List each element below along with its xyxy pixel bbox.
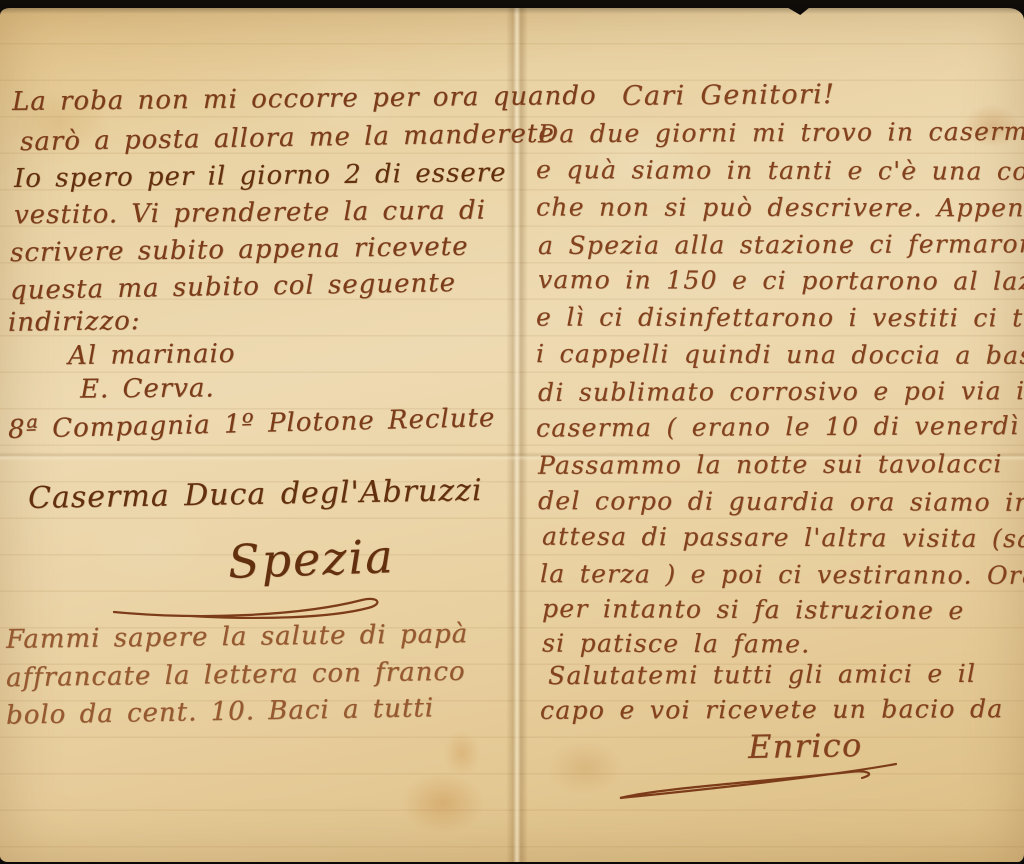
letter-line: e quà siamo in tanti e c'è una confus: [536, 155, 1024, 186]
letter-line: e lì ci disinfettarono i vestiti ci tagl…: [536, 303, 1024, 333]
scanned-letter: La roba non mi occorre per ora quando sa…: [0, 0, 1024, 864]
letter-line: la terza ) e poi ci vestiranno. Ora: [540, 559, 1024, 590]
letter-line: La roba non mi occorre per ora quando: [12, 81, 597, 117]
letter-line: a Spezia alla stazione ci fermarono e: [538, 229, 1024, 260]
address-line: E. Cerva.: [80, 373, 215, 404]
place-name: Spezia: [227, 529, 395, 589]
letter-line: indirizzo:: [8, 306, 141, 338]
flourish-underline: [110, 588, 410, 624]
letter-line: i cappelli quindi una doccia a base: [536, 339, 1024, 370]
letter-line: vamo in 150 e ci portarono al lazzar: [538, 265, 1024, 296]
letter-line: di sublimato corrosivo e poi via in: [538, 376, 1024, 407]
letter-line: capo e voi ricevete un bacio da: [540, 694, 1004, 725]
letter-line: del corpo di guardia ora siamo in: [538, 486, 1024, 517]
letter-line: Io spero per il giorno 2 di essere: [14, 158, 507, 194]
letter-line: affrancate la lettera con franco: [6, 657, 466, 693]
salutation: Cari Genitori!: [622, 79, 835, 112]
letter-line: caserma ( erano le 10 di venerdì sera ).: [536, 410, 1024, 442]
letter-line: vestito. Vi prenderete la cura di: [14, 196, 486, 231]
letter-line: per intanto si fa istruzione e: [542, 594, 965, 625]
letter-line: Salutatemi tutti gli amici e il: [548, 659, 976, 690]
letter-line: scrivere subito appena ricevete: [10, 232, 469, 268]
letter-line: si patisce la fame.: [542, 629, 811, 659]
letter-line: Da due giorni mi trovo in caserma: [538, 117, 1024, 149]
letter-line: attesa di passare l'altra visita (sarà: [542, 522, 1024, 554]
letter-line: Fammi sapere la salute di papà: [6, 619, 469, 655]
address-line: Al marinaio: [68, 339, 236, 371]
letter-line: Passammo la notte sui tavolacci: [538, 449, 1003, 480]
signature-flourish: [600, 758, 900, 804]
letter-line: che non si può descrivere. Appena arriv: [536, 192, 1024, 222]
top-edge-shadow: [0, 0, 1024, 14]
